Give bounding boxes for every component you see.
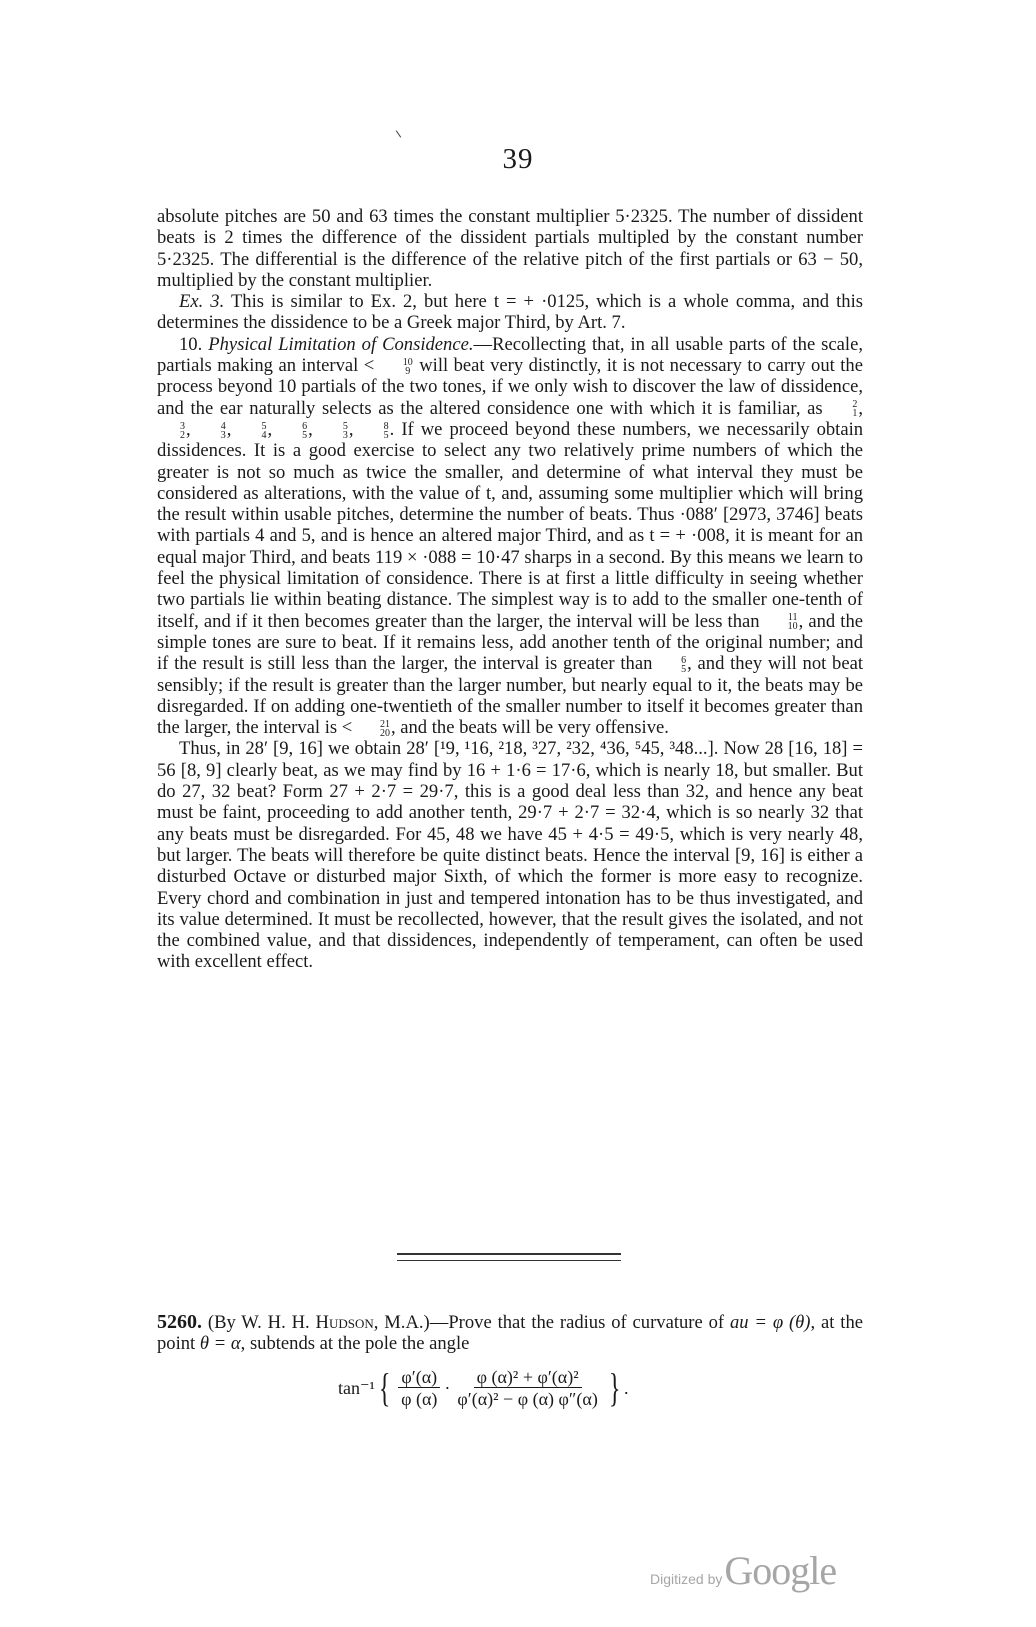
paragraph-example-analysis: Thus, in 28′ [9, 16] we obtain 28′ [¹9, …: [157, 738, 863, 972]
problem-5260: 5260. (By W. H. H. Hudson, M.A.)—Prove t…: [157, 1312, 863, 1355]
right-brace: }: [609, 1368, 621, 1408]
problem-author-name: Hudson: [316, 1312, 374, 1333]
fraction: 2120: [358, 720, 390, 738]
fraction: 1110: [766, 613, 798, 631]
section-divider: [397, 1253, 621, 1261]
paragraph-example-3: Ex. 3. This is similar to Ex. 2, but her…: [157, 291, 863, 334]
formula-fraction-1: φ′(α) φ (α): [398, 1367, 440, 1410]
problem-number: 5260.: [157, 1311, 202, 1333]
problem-text-a: —Prove that the radius of curvature of: [430, 1312, 724, 1333]
problem-point: θ = α: [200, 1333, 241, 1354]
example-label: Ex. 3.: [179, 291, 224, 312]
formula-fraction-2: φ (α)² + φ′(α)² φ′(α)² − φ (α) φ″(α): [454, 1367, 600, 1410]
problem-author-suffix: , M.A.): [374, 1312, 430, 1333]
watermark-digitized: Digitized by: [650, 1571, 722, 1587]
paragraph-section-10: 10. Physical Limitation of Considence.—R…: [157, 334, 863, 739]
fraction: 109: [381, 358, 413, 376]
formula: tan⁻¹ { φ′(α) φ (α) · φ (α)² + φ′(α)² φ′…: [338, 1364, 629, 1412]
section-text-c: If we proceed beyond these numbers, we n…: [157, 419, 863, 632]
article-body: absolute pitches are 50 and 63 times the…: [157, 206, 863, 973]
problem-equation: au = φ (θ): [730, 1312, 811, 1333]
problem-text-c: , subtends at the pole the angle: [241, 1333, 470, 1354]
section-text-f: , and the beats will be very offensive.: [391, 717, 669, 738]
formula-dot: ·: [444, 1378, 450, 1399]
paragraph-continuation: absolute pitches are 50 and 63 times the…: [157, 206, 863, 291]
scan-mark: [396, 130, 401, 137]
google-logo: Google: [724, 1547, 836, 1594]
left-brace: {: [379, 1368, 391, 1408]
google-watermark: Digitized by Google: [650, 1547, 836, 1594]
problem-author-prefix: (By W. H. H.: [208, 1312, 310, 1333]
page-number: 39: [0, 143, 1036, 176]
section-number: 10.: [179, 334, 202, 355]
section-heading: Physical Limitation of Considence.: [208, 334, 473, 355]
example-text: This is similar to Ex. 2, but here t = +…: [157, 291, 863, 333]
formula-prefix: tan⁻¹: [338, 1378, 375, 1399]
fraction: 65: [659, 656, 686, 674]
formula-end: .: [624, 1378, 629, 1399]
